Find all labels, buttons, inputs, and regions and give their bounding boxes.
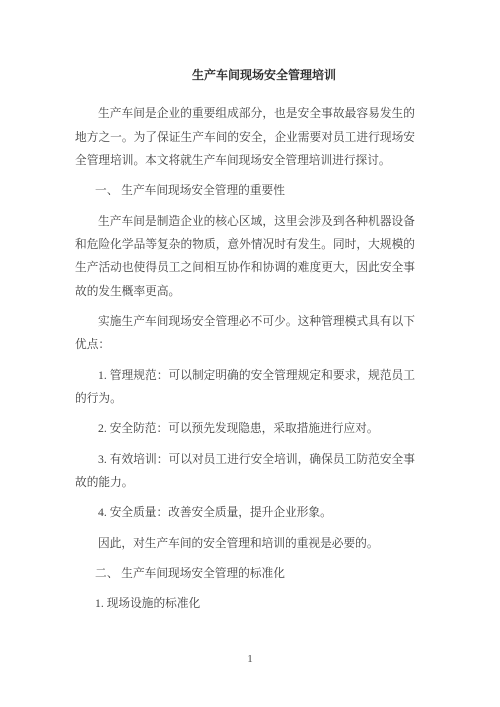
section-heading-2: 二、 生产车间现场安全管理的标准化	[75, 562, 415, 585]
paragraph-line: 全管理培训。本文将就生产车间现场安全管理培训进行探讨。	[75, 149, 415, 172]
paragraph-line: 实施生产车间现场安全管理必不可少。这种管理模式具有以下	[75, 310, 415, 333]
document-title: 生产车间现场安全管理培训	[75, 64, 415, 87]
list-item-line: 4. 安全质量：改善安全质量，提升企业形象。	[75, 501, 415, 524]
list-item-line: 的行为。	[75, 387, 415, 410]
paragraph-line: 优点：	[75, 333, 415, 356]
paragraph-conclusion: 因此，对生产车间的安全管理和培训的重视是必要的。	[75, 532, 415, 555]
paragraph-line: 因此，对生产车间的安全管理和培训的重视是必要的。	[75, 532, 415, 555]
subheading-line: 1. 现场设施的标准化	[75, 592, 415, 615]
section-heading-1: 一、 生产车间现场安全管理的重要性	[75, 179, 415, 202]
list-item-1: 1. 管理规范：可以制定明确的安全管理规定和要求，规范员工 的行为。	[75, 364, 415, 411]
heading-line: 二、 生产车间现场安全管理的标准化	[75, 562, 415, 585]
list-item-line: 3. 有效培训：可以对员工进行安全培训，确保员工防范安全事	[75, 448, 415, 471]
page-number: 1	[0, 653, 500, 666]
paragraph-advantages-lead: 实施生产车间现场安全管理必不可少。这种管理模式具有以下 优点：	[75, 310, 415, 357]
document-page: 生产车间现场安全管理培训 生产车间是企业的重要组成部分，也是安全事故最容易发生的…	[0, 0, 500, 707]
list-item-4: 4. 安全质量：改善安全质量，提升企业形象。	[75, 501, 415, 524]
list-item-3: 3. 有效培训：可以对员工进行安全培训，确保员工防范安全事 故的能力。	[75, 448, 415, 495]
list-item-line: 故的能力。	[75, 471, 415, 494]
paragraph-line: 和危险化学品等复杂的物质，意外情况时有发生。同时，大规模的	[75, 233, 415, 256]
list-item-line: 1. 管理规范：可以制定明确的安全管理规定和要求，规范员工	[75, 364, 415, 387]
paragraph-line: 生产车间是企业的重要组成部分，也是安全事故最容易发生的	[75, 102, 415, 125]
document-content: 生产车间现场安全管理培训 生产车间是企业的重要组成部分，也是安全事故最容易发生的…	[75, 0, 415, 623]
list-item-2: 2. 安全防范：可以预先发现隐患，采取措施进行应对。	[75, 417, 415, 440]
subsection-heading-1: 1. 现场设施的标准化	[75, 592, 415, 615]
paragraph-line: 故的发生概率更高。	[75, 280, 415, 303]
list-item-line: 2. 安全防范：可以预先发现隐患，采取措施进行应对。	[75, 417, 415, 440]
paragraph-importance: 生产车间是制造企业的核心区域，这里会涉及到各种机器设备 和危险化学品等复杂的物质…	[75, 210, 415, 303]
paragraph-line: 地方之一。为了保证生产车间的安全，企业需要对员工进行现场安	[75, 126, 415, 149]
paragraph-line: 生产车间是制造企业的核心区域，这里会涉及到各种机器设备	[75, 210, 415, 233]
paragraph-intro: 生产车间是企业的重要组成部分，也是安全事故最容易发生的 地方之一。为了保证生产车…	[75, 102, 415, 172]
heading-line: 一、 生产车间现场安全管理的重要性	[75, 179, 415, 202]
paragraph-line: 生产活动也使得员工之间相互协作和协调的难度更大，因此安全事	[75, 256, 415, 279]
